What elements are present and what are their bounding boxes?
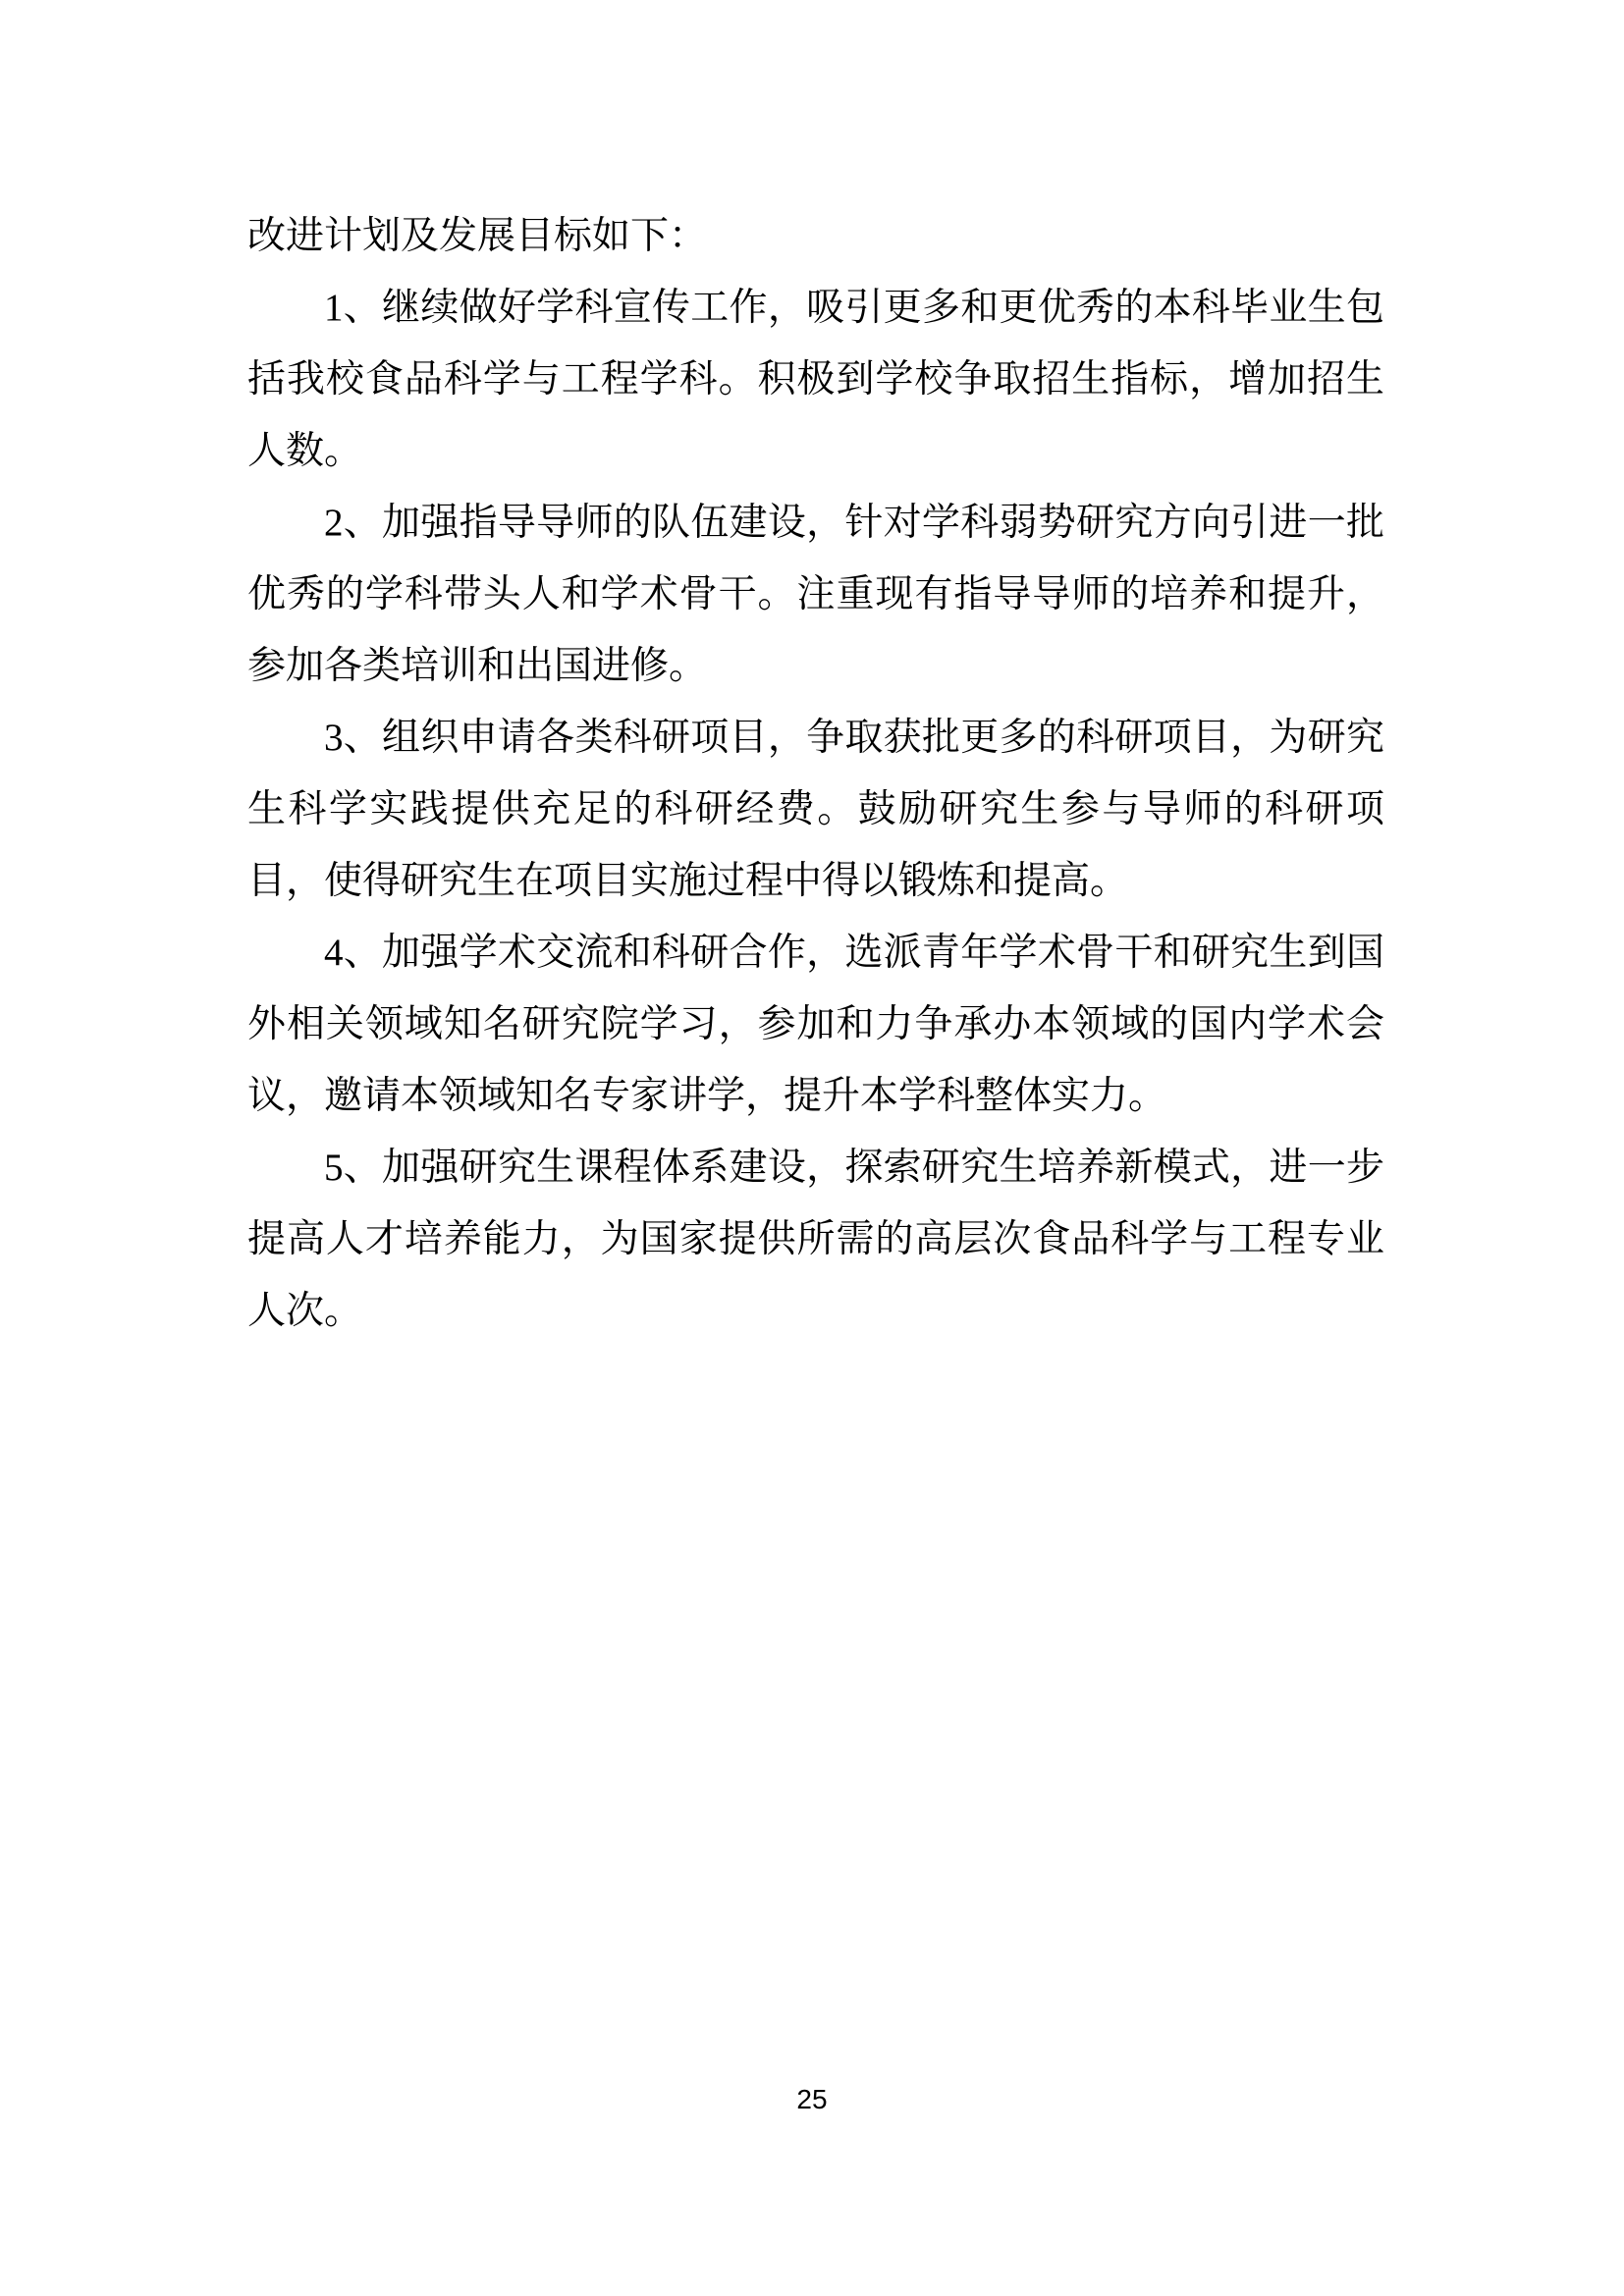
- page-number: 25: [796, 2084, 827, 2114]
- paragraph-2: 2、加强指导导师的队伍建设，针对学科弱势研究方向引进一批优秀的学科带头人和学术骨…: [247, 487, 1384, 702]
- intro-line: 改进计划及发展目标如下：: [247, 200, 1384, 272]
- paragraph-1: 1、继续做好学科宣传工作，吸引更多和更优秀的本科毕业生包括我校食品科学与工程学科…: [247, 272, 1384, 487]
- document-page: 改进计划及发展目标如下： 1、继续做好学科宣传工作，吸引更多和更优秀的本科毕业生…: [0, 0, 1624, 2296]
- paragraph-3: 3、组织申请各类科研项目，争取获批更多的科研项目，为研究生科学实践提供充足的科研…: [247, 702, 1384, 917]
- document-body: 改进计划及发展目标如下： 1、继续做好学科宣传工作，吸引更多和更优秀的本科毕业生…: [247, 200, 1384, 1347]
- page-footer: 25: [0, 2083, 1624, 2116]
- paragraph-4: 4、加强学术交流和科研合作，选派青年学术骨干和研究生到国外相关领域知名研究院学习…: [247, 917, 1384, 1132]
- paragraph-5: 5、加强研究生课程体系建设，探索研究生培养新模式，进一步提高人才培养能力，为国家…: [247, 1132, 1384, 1347]
